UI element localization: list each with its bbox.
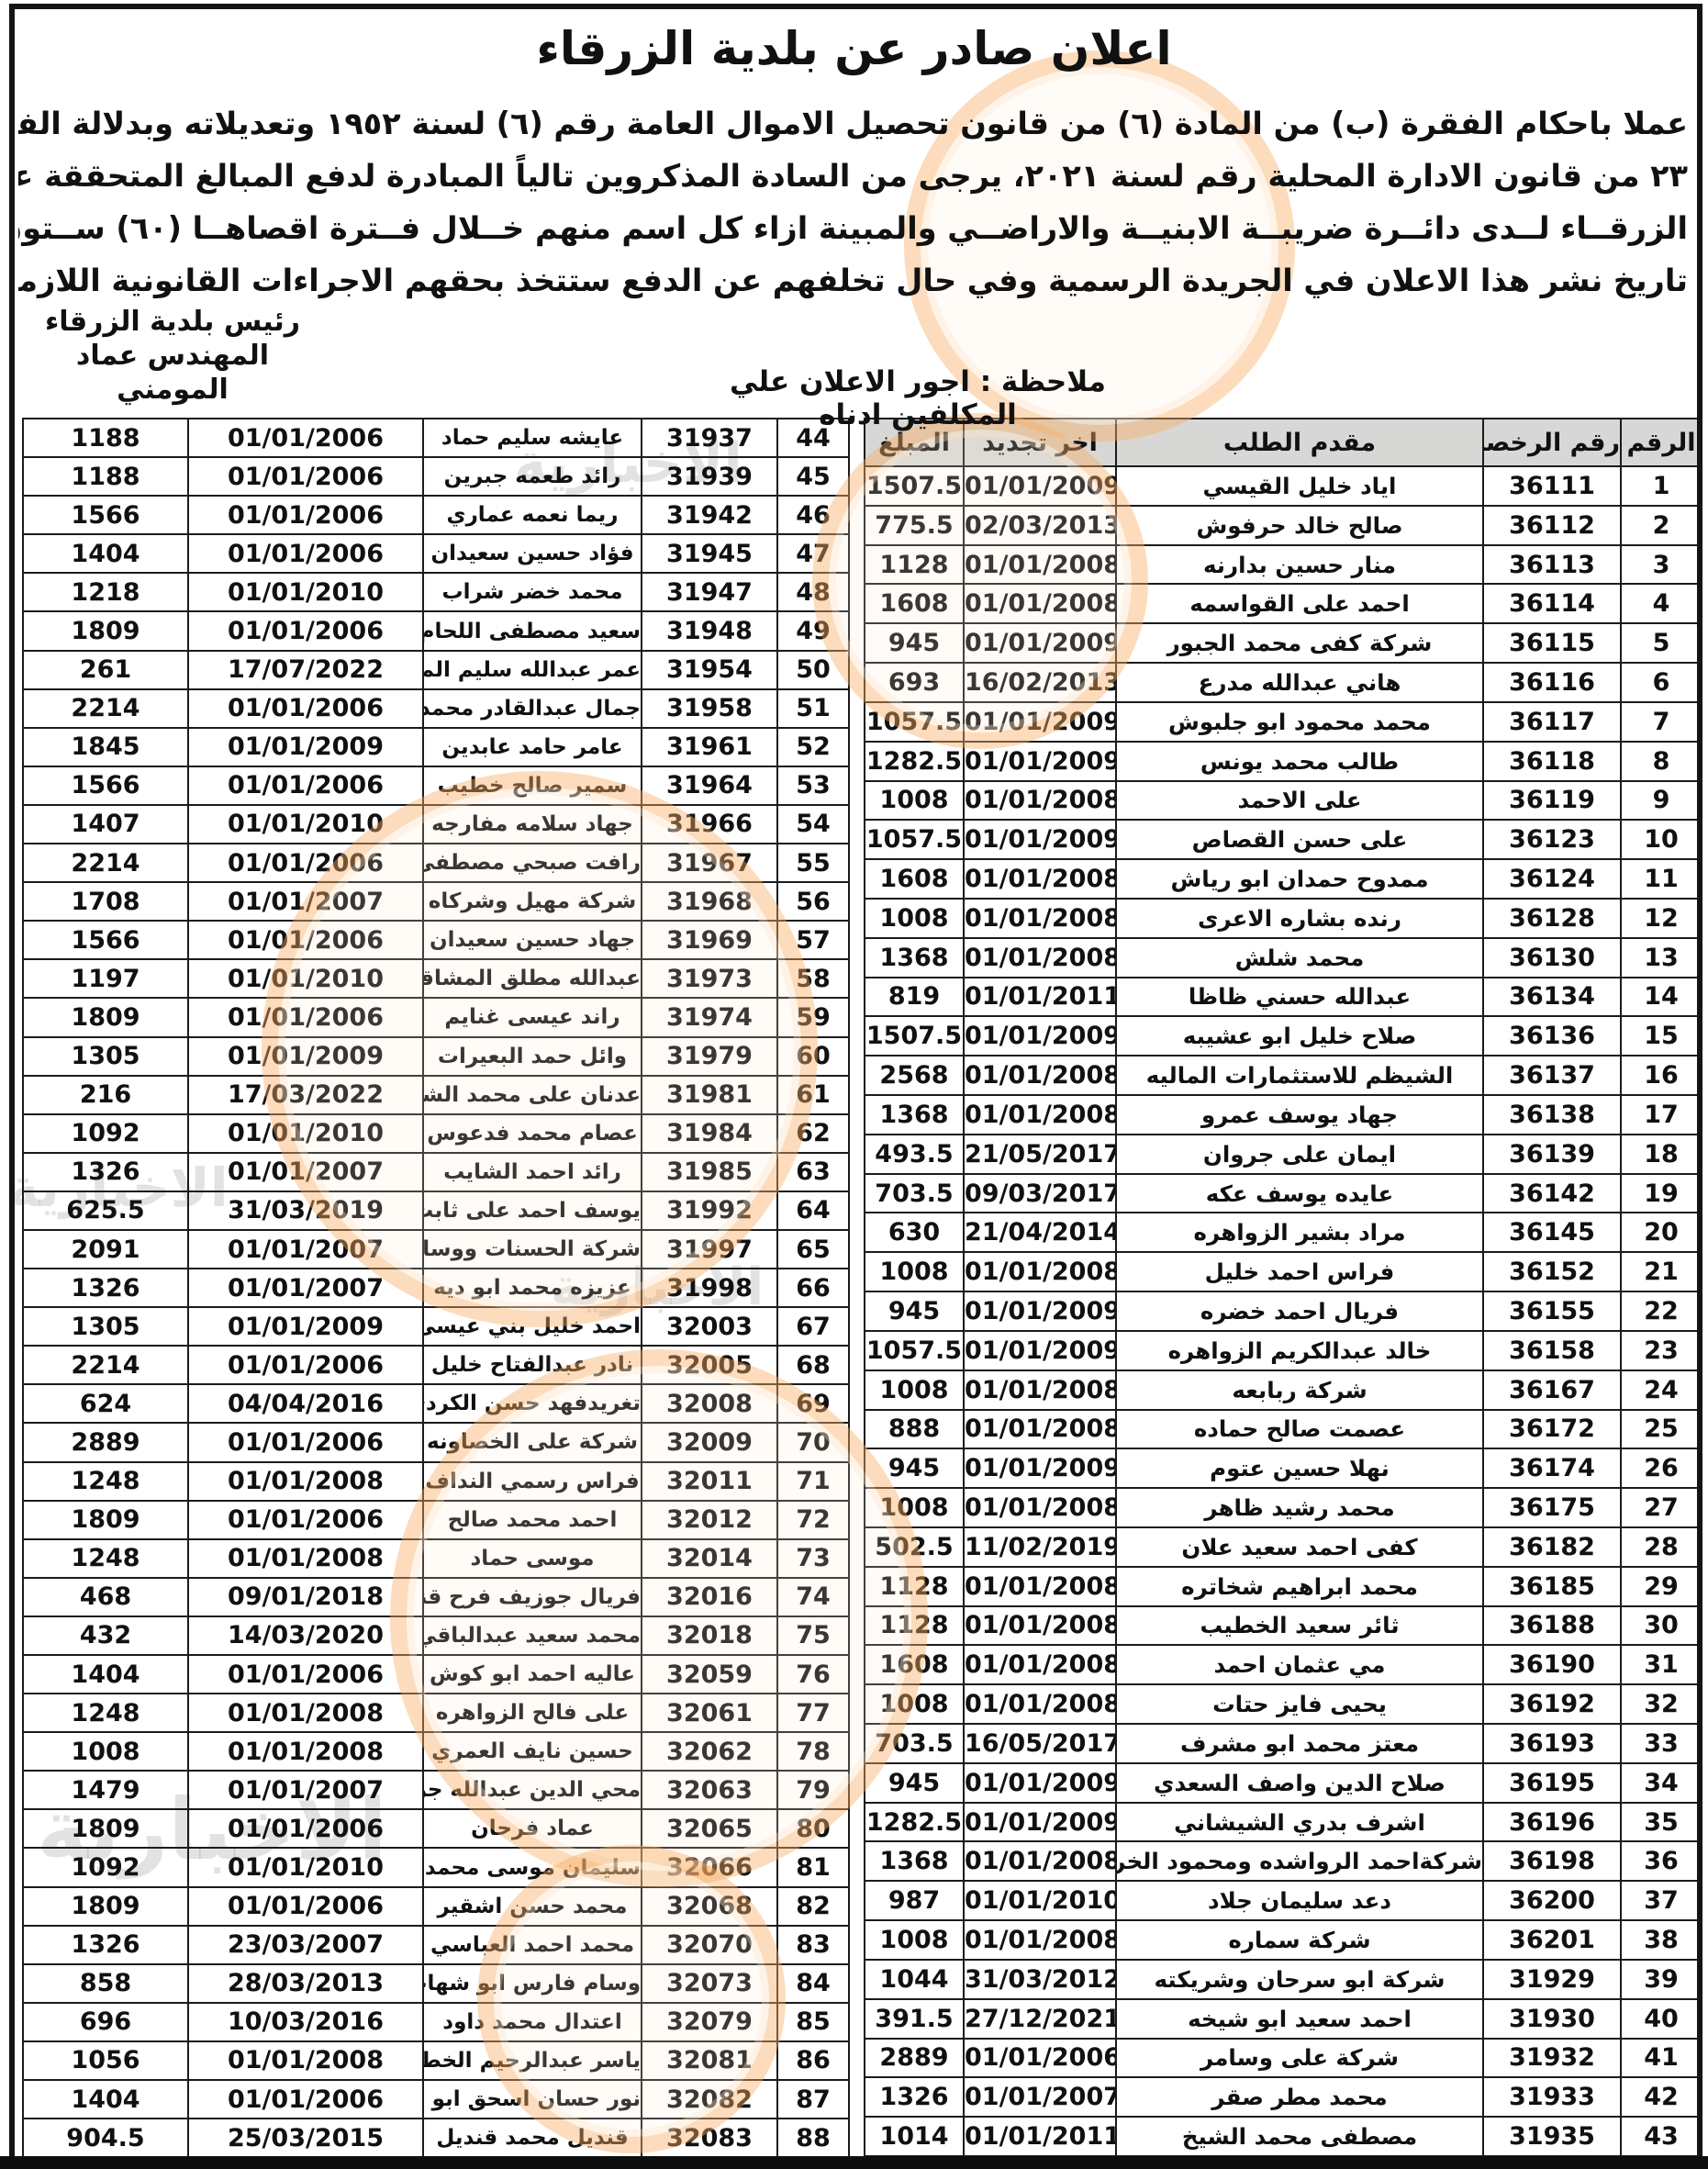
license-cell: 36172 — [1483, 1410, 1621, 1449]
renewal-cell: 01/01/2007 — [188, 1153, 423, 1191]
license-cell: 32073 — [642, 1964, 777, 2003]
num-cell: 77 — [777, 1694, 849, 1732]
num-cell: 54 — [777, 805, 849, 844]
license-cell: 32062 — [642, 1732, 777, 1771]
amount-cell: 630 — [865, 1213, 964, 1252]
num-cell: 66 — [777, 1269, 849, 1307]
license-cell: 31967 — [642, 844, 777, 882]
amount-cell: 1056 — [23, 2041, 188, 2080]
license-cell: 36201 — [1483, 1920, 1621, 1960]
table-row: 3136190مي عثمان احمد01/01/20081608 — [865, 1645, 1702, 1684]
license-cell: 36174 — [1483, 1448, 1621, 1488]
table-row: 4631942ريما نعمه عماري01/01/20061566 — [23, 496, 849, 534]
applicant-cell: محمد شلش — [1116, 938, 1483, 978]
amount-cell: 1809 — [23, 611, 188, 650]
applicant-cell: شركة ربابعه — [1116, 1370, 1483, 1410]
applicant-cell: شركة كفى محمد الجبور — [1116, 623, 1483, 663]
license-cell: 36117 — [1483, 702, 1621, 742]
table-row: 7732061على فالح الزواهره01/01/20081248 — [23, 1694, 849, 1732]
amount-cell: 1326 — [865, 2077, 964, 2117]
renewal-cell: 27/12/2021 — [964, 1999, 1116, 2039]
applicant-cell: عماد فرحان — [423, 1809, 642, 1848]
amount-cell: 493.5 — [865, 1135, 964, 1174]
renewal-cell: 01/01/2011 — [964, 2117, 1116, 2156]
table-row: 3436195صلاح الدين واصف السعدي01/01/20099… — [865, 1763, 1702, 1803]
renewal-cell: 04/04/2016 — [188, 1384, 423, 1423]
col-header-num: الرقم — [1621, 419, 1702, 466]
renewal-cell: 01/01/2006 — [188, 689, 423, 728]
num-cell: 72 — [777, 1501, 849, 1539]
amount-cell: 1282.5 — [865, 1803, 964, 1842]
renewal-cell: 01/01/2006 — [188, 496, 423, 534]
applicant-cell: ممدوح حمدان ابو رياش — [1116, 859, 1483, 899]
license-cell: 36118 — [1483, 742, 1621, 781]
applicant-cell: قنديل محمد قنديل — [423, 2119, 642, 2157]
license-cell: 32012 — [642, 1501, 777, 1539]
renewal-cell: 01/01/2008 — [964, 1606, 1116, 1646]
license-cell: 36137 — [1483, 1056, 1621, 1095]
applicant-cell: على فالح الزواهره — [423, 1694, 642, 1732]
amount-cell: 1092 — [23, 1114, 188, 1153]
amount-cell: 1008 — [865, 1370, 964, 1410]
applicant-cell: رنده بشاره الاعرى — [1116, 899, 1483, 938]
num-cell: 64 — [777, 1191, 849, 1230]
license-cell: 36158 — [1483, 1331, 1621, 1370]
amount-cell: 2889 — [23, 1423, 188, 1461]
num-cell: 2 — [1621, 506, 1702, 545]
renewal-cell: 01/01/2008 — [964, 899, 1116, 938]
license-cell: 32061 — [642, 1694, 777, 1732]
body-line-2: ٢٣ من قانون الادارة المحلية رقم لسنة ٢٠٢… — [18, 150, 1688, 202]
license-cell: 36124 — [1483, 859, 1621, 899]
table-row: 1736138جهاد يوسف عمرو01/01/20081368 — [865, 1095, 1702, 1135]
num-cell: 21 — [1621, 1252, 1702, 1291]
table-row: 5431966جهاد سلامه مفارجه01/01/20101407 — [23, 805, 849, 844]
license-cell: 36185 — [1483, 1567, 1621, 1606]
table-row: 7632059عاليه احمد ابو كوش01/01/20061404 — [23, 1655, 849, 1694]
applicant-cell: خالد عبدالكريم الزواهره — [1116, 1331, 1483, 1370]
table-row: 4331935مصطفى محمد الشيخ01/01/20111014 — [865, 2117, 1702, 2156]
num-cell: 35 — [1621, 1803, 1702, 1842]
amount-cell: 1044 — [865, 1960, 964, 1999]
renewal-cell: 02/03/2013 — [964, 506, 1116, 545]
num-cell: 76 — [777, 1655, 849, 1694]
table-row: 5031954عمر عبدالله سليم المراشده17/07/20… — [23, 651, 849, 689]
num-cell: 10 — [1621, 820, 1702, 859]
renewal-cell: 01/01/2008 — [964, 1684, 1116, 1724]
num-cell: 69 — [777, 1384, 849, 1423]
amount-cell: 1809 — [23, 1501, 188, 1539]
license-cell: 31979 — [642, 1037, 777, 1076]
num-cell: 8 — [1621, 742, 1702, 781]
renewal-cell: 01/01/2008 — [964, 1370, 1116, 1410]
renewal-cell: 01/01/2008 — [188, 2041, 423, 2080]
table-row: 1936142عايده يوسف عكه09/03/2017703.5 — [865, 1174, 1702, 1213]
table-row: 6331985رائد احمد الشايب01/01/20071326 — [23, 1153, 849, 1191]
num-cell: 50 — [777, 651, 849, 689]
license-cell: 36190 — [1483, 1645, 1621, 1684]
num-cell: 38 — [1621, 1920, 1702, 1960]
table-row: 636116هاني عبدالله مدرع16/02/2013693 — [865, 663, 1702, 702]
table-row: 2836182كفى احمد سعيد علان11/02/2019502.5 — [865, 1527, 1702, 1567]
table-row: 8132066سليمان موسى محمد رشيد01/01/201010… — [23, 1848, 849, 1886]
amount-cell: 2889 — [865, 2039, 964, 2078]
applicant-cell: عمر عبدالله سليم المراشده — [423, 651, 642, 689]
num-cell: 83 — [777, 1926, 849, 1964]
license-cell: 36115 — [1483, 623, 1621, 663]
table-row: 2336158خالد عبدالكريم الزواهره01/01/2009… — [865, 1331, 1702, 1370]
num-cell: 41 — [1621, 2039, 1702, 2078]
num-cell: 57 — [777, 921, 849, 959]
table-row: 5531967رافت صبحي مصطفى01/01/20062214 — [23, 844, 849, 882]
num-cell: 71 — [777, 1462, 849, 1501]
num-cell: 86 — [777, 2041, 849, 2080]
num-cell: 43 — [1621, 2117, 1702, 2156]
license-cell: 32009 — [642, 1423, 777, 1461]
renewal-cell: 25/03/2015 — [188, 2119, 423, 2157]
license-cell: 31981 — [642, 1076, 777, 1114]
renewal-cell: 01/01/2008 — [964, 1567, 1116, 1606]
amount-cell: 625.5 — [23, 1191, 188, 1230]
applicant-cell: احمد سعيد ابو شيخه — [1116, 1999, 1483, 2039]
amount-cell: 858 — [23, 1964, 188, 2003]
license-cell: 31961 — [642, 728, 777, 766]
table-row: 7332014موسى حماد01/01/20081248 — [23, 1539, 849, 1578]
renewal-cell: 01/01/2009 — [964, 623, 1116, 663]
renewal-cell: 01/01/2009 — [964, 1763, 1116, 1803]
amount-cell: 1305 — [23, 1037, 188, 1076]
renewal-cell: 01/01/2009 — [964, 1331, 1116, 1370]
applicant-cell: احمد على القواسمه — [1116, 584, 1483, 623]
license-cell: 32063 — [642, 1771, 777, 1809]
license-cell: 36152 — [1483, 1252, 1621, 1291]
applicant-cell: عصام محمد فدعوس — [423, 1114, 642, 1153]
applicant-cell: شركة على الخصاونه — [423, 1423, 642, 1461]
license-cell: 32065 — [642, 1809, 777, 1848]
table-row: 436114احمد على القواسمه01/01/20081608 — [865, 584, 1702, 623]
amount-cell: 1008 — [865, 1252, 964, 1291]
renewal-cell: 01/01/2006 — [188, 457, 423, 496]
renewal-cell: 01/01/2006 — [188, 419, 423, 457]
table-row: 4831947محمد خضر شراب01/01/20101218 — [23, 573, 849, 611]
renewal-cell: 01/01/2010 — [188, 573, 423, 611]
renewal-cell: 01/01/2006 — [188, 998, 423, 1036]
table-row: 7232012احمد محمد صالح01/01/20061809 — [23, 1501, 849, 1539]
amount-cell: 1708 — [23, 882, 188, 921]
license-cell: 31942 — [642, 496, 777, 534]
body-line-3: الزرقــاء لــدى دائــرة ضريبــة الابنيــ… — [18, 202, 1688, 254]
page-title: اعلان صادر عن بلدية الزرقاء — [0, 22, 1708, 75]
amount-cell: 432 — [23, 1616, 188, 1655]
table-row: 7932063محي الدين عبدالله جراد01/01/20071… — [23, 1771, 849, 1809]
applicant-cell: عدنان على محمد الشيشاني — [423, 1076, 642, 1114]
num-cell: 53 — [777, 766, 849, 805]
num-cell: 29 — [1621, 1567, 1702, 1606]
license-cell: 36130 — [1483, 938, 1621, 978]
license-cell: 31933 — [1483, 2077, 1621, 2117]
renewal-cell: 21/05/2017 — [964, 1135, 1116, 1174]
amount-cell: 1809 — [23, 998, 188, 1036]
table-row: 236112صالح خالد حرفوش02/03/2013775.5 — [865, 506, 1702, 545]
table-row: 4031930احمد سعيد ابو شيخه27/12/2021391.5 — [865, 1999, 1702, 2039]
table-row: 1436134عبدالله حسني ظاظا01/01/2011819 — [865, 978, 1702, 1017]
renewal-cell: 01/01/2006 — [188, 2080, 423, 2119]
applicant-cell: جهاد سلامه مفارجه — [423, 805, 642, 844]
amount-cell: 2214 — [23, 689, 188, 728]
amount-cell: 1128 — [865, 1606, 964, 1646]
table-row: 7032009شركة على الخصاونه01/01/20062889 — [23, 1423, 849, 1461]
license-cell: 36114 — [1483, 584, 1621, 623]
amount-cell: 1608 — [865, 1645, 964, 1684]
applicant-cell: شركة الحسنات ووسام — [423, 1230, 642, 1269]
amount-cell: 1326 — [23, 1926, 188, 1964]
applicant-cell: سليمان موسى محمد رشيد — [423, 1848, 642, 1886]
amount-cell: 1809 — [23, 1887, 188, 1926]
table-row: 2036145مراد بشير الزواهره21/04/2014630 — [865, 1213, 1702, 1252]
renewal-cell: 01/01/2008 — [964, 1920, 1116, 1960]
num-cell: 17 — [1621, 1095, 1702, 1135]
table-row: 5631968شركة مهيل وشركاه01/01/20071708 — [23, 882, 849, 921]
table-row: 7532018محمد سعيد عبدالباقي14/03/2020432 — [23, 1616, 849, 1655]
num-cell: 82 — [777, 1887, 849, 1926]
table-row: 536115شركة كفى محمد الجبور01/01/2009945 — [865, 623, 1702, 663]
num-cell: 19 — [1621, 1174, 1702, 1213]
table-row: 1636137الشيظم للاستثمارات الماليه01/01/2… — [865, 1056, 1702, 1095]
applicant-cell: صالح خالد حرفوش — [1116, 506, 1483, 545]
applicant-cell: صلاح الدين واصف السعدي — [1116, 1763, 1483, 1803]
amount-cell: 696 — [23, 2003, 188, 2041]
amount-cell: 945 — [865, 1448, 964, 1488]
applicant-cell: رائد احمد الشايب — [423, 1153, 642, 1191]
licenses-table-right: الرقم رقم الرخصه مقدم الطلب اخر تجديد ال… — [864, 418, 1702, 2157]
amount-cell: 502.5 — [865, 1527, 964, 1567]
table-row: 6631998عزيزه محمد ابو ديه01/01/20071326 — [23, 1269, 849, 1307]
renewal-cell: 01/01/2006 — [188, 844, 423, 882]
renewal-cell: 01/01/2009 — [964, 742, 1116, 781]
license-cell: 32079 — [642, 2003, 777, 2041]
table-row: 5231961عامر حامد عابدين01/01/20091845 — [23, 728, 849, 766]
num-cell: 80 — [777, 1809, 849, 1848]
amount-cell: 1197 — [23, 959, 188, 998]
amount-cell: 1248 — [23, 1694, 188, 1732]
applicant-cell: فريال احمد خضره — [1116, 1291, 1483, 1331]
num-cell: 65 — [777, 1230, 849, 1269]
renewal-cell: 14/03/2020 — [188, 1616, 423, 1655]
applicant-cell: شركة مهيل وشركاه — [423, 882, 642, 921]
table-row: 8032065عماد فرحان01/01/20061809 — [23, 1809, 849, 1848]
applicant-cell: فؤاد حسين سعيدان — [423, 534, 642, 573]
license-cell: 32003 — [642, 1307, 777, 1346]
license-cell: 32005 — [642, 1346, 777, 1384]
renewal-cell: 01/01/2010 — [188, 805, 423, 844]
col-header-applicant: مقدم الطلب — [1116, 419, 1483, 466]
applicant-cell: على الاحمد — [1116, 781, 1483, 821]
num-cell: 85 — [777, 2003, 849, 2041]
num-cell: 9 — [1621, 781, 1702, 821]
license-cell: 32066 — [642, 1848, 777, 1886]
amount-cell: 987 — [865, 1881, 964, 1920]
table-row: 2436167شركة ربابعه01/01/20081008 — [865, 1370, 1702, 1410]
num-cell: 22 — [1621, 1291, 1702, 1331]
amount-cell: 1809 — [23, 1809, 188, 1848]
applicant-cell: شركة سماره — [1116, 1920, 1483, 1960]
applicant-cell: وسام فارس ابو شهاب — [423, 1964, 642, 2003]
num-cell: 60 — [777, 1037, 849, 1076]
applicant-cell: محمد ابراهيم شخاتره — [1116, 1567, 1483, 1606]
body-line-1: عملا باحكام الفقرة (ب) من المادة (٦) من … — [18, 97, 1688, 150]
amount-cell: 1566 — [23, 921, 188, 959]
num-cell: 31 — [1621, 1645, 1702, 1684]
signature-block: رئيس بلدية الزرقاء المهندس عماد المومني — [29, 305, 316, 407]
num-cell: 48 — [777, 573, 849, 611]
num-cell: 62 — [777, 1114, 849, 1153]
license-cell: 36116 — [1483, 663, 1621, 702]
renewal-cell: 01/01/2008 — [964, 781, 1116, 821]
num-cell: 45 — [777, 457, 849, 496]
num-cell: 33 — [1621, 1724, 1702, 1763]
applicant-cell: اعتدال محمد داود — [423, 2003, 642, 2041]
applicant-cell: الشيظم للاستثمارات الماليه — [1116, 1056, 1483, 1095]
table-row: 5731969جهاد حسين سعيدان01/01/20061566 — [23, 921, 849, 959]
applicant-cell: محمد خضر شراب — [423, 573, 642, 611]
applicant-cell: هاني عبدالله مدرع — [1116, 663, 1483, 702]
amount-cell: 391.5 — [865, 1999, 964, 2039]
renewal-cell: 01/01/2008 — [188, 1539, 423, 1578]
license-cell: 31997 — [642, 1230, 777, 1269]
num-cell: 84 — [777, 1964, 849, 2003]
table-row: 8332070محمد احمد العباسي23/03/20071326 — [23, 1926, 849, 1964]
table-row: 1336130محمد شلش01/01/20081368 — [865, 938, 1702, 978]
table-row: 5131958جمال عبدالقادر محمد01/01/20062214 — [23, 689, 849, 728]
applicant-cell: ايمان على جروان — [1116, 1135, 1483, 1174]
renewal-cell: 01/01/2007 — [964, 2077, 1116, 2117]
renewal-cell: 01/01/2009 — [964, 1291, 1116, 1331]
license-cell: 31948 — [642, 611, 777, 650]
license-cell: 31992 — [642, 1191, 777, 1230]
amount-cell: 703.5 — [865, 1174, 964, 1213]
license-cell: 31932 — [1483, 2039, 1621, 2078]
renewal-cell: 01/01/2010 — [964, 1881, 1116, 1920]
amount-cell: 904.5 — [23, 2119, 188, 2157]
amount-cell: 1608 — [865, 859, 964, 899]
renewal-cell: 01/01/2008 — [964, 859, 1116, 899]
num-cell: 15 — [1621, 1016, 1702, 1056]
amount-cell: 1407 — [23, 805, 188, 844]
num-cell: 30 — [1621, 1606, 1702, 1646]
license-cell: 36123 — [1483, 820, 1621, 859]
num-cell: 23 — [1621, 1331, 1702, 1370]
license-cell: 31998 — [642, 1269, 777, 1307]
table-row: 6832005نادر عبدالفتاح خليل01/01/20062214 — [23, 1346, 849, 1384]
license-cell: 31929 — [1483, 1960, 1621, 1999]
license-cell: 32014 — [642, 1539, 777, 1578]
bottom-border — [0, 2156, 1708, 2169]
amount-cell: 1479 — [23, 1771, 188, 1809]
amount-cell: 1845 — [23, 728, 188, 766]
renewal-cell: 01/01/2009 — [964, 820, 1116, 859]
applicant-cell: حسين نايف العمري — [423, 1732, 642, 1771]
applicant-cell: ريما نعمه عماري — [423, 496, 642, 534]
amount-cell: 1008 — [23, 1732, 188, 1771]
license-cell: 36111 — [1483, 466, 1621, 506]
renewal-cell: 01/01/2006 — [188, 921, 423, 959]
renewal-cell: 01/01/2008 — [964, 1095, 1116, 1135]
amount-cell: 1057.5 — [865, 820, 964, 859]
table-row: 936119على الاحمد01/01/20081008 — [865, 781, 1702, 821]
renewal-cell: 17/07/2022 — [188, 651, 423, 689]
renewal-cell: 01/01/2008 — [188, 1462, 423, 1501]
amount-cell: 1368 — [865, 1841, 964, 1881]
table-row: 3036188ثائر سعيد الخطيب01/01/20081128 — [865, 1606, 1702, 1646]
renewal-cell: 01/01/2009 — [964, 1803, 1116, 1842]
table-row: 7432016فريال جوزيف فرح قندح09/01/2018468 — [23, 1578, 849, 1616]
num-cell: 3 — [1621, 545, 1702, 585]
amount-cell: 2214 — [23, 844, 188, 882]
license-cell: 36167 — [1483, 1370, 1621, 1410]
applicant-cell: اشرف بدري الشيشاني — [1116, 1803, 1483, 1842]
num-cell: 49 — [777, 611, 849, 650]
num-cell: 42 — [1621, 2077, 1702, 2117]
num-cell: 25 — [1621, 1410, 1702, 1449]
num-cell: 79 — [777, 1771, 849, 1809]
license-cell: 36175 — [1483, 1488, 1621, 1527]
table-row: 4231933محمد مطر صقر01/01/20071326 — [865, 2077, 1702, 2117]
amount-cell: 468 — [23, 1578, 188, 1616]
renewal-cell: 01/01/2009 — [964, 1016, 1116, 1056]
renewal-cell: 01/01/2006 — [188, 1887, 423, 1926]
table-row: 5931974راند عيسى غنايم01/01/20061809 — [23, 998, 849, 1036]
renewal-cell: 01/01/2006 — [188, 534, 423, 573]
table-row: 2236155فريال احمد خضره01/01/2009945 — [865, 1291, 1702, 1331]
table-row: 4131932شركة على وسامر01/01/20062889 — [865, 2039, 1702, 2078]
amount-cell: 1608 — [865, 584, 964, 623]
table-row: 1136124ممدوح حمدان ابو رياش01/01/2008160… — [865, 859, 1702, 899]
table-row: 6732003احمد خليل بني عيسى01/01/20091305 — [23, 1307, 849, 1346]
applicant-cell: رائد طعمه جبرين — [423, 457, 642, 496]
num-cell: 68 — [777, 1346, 849, 1384]
renewal-cell: 01/01/2008 — [964, 584, 1116, 623]
amount-cell: 775.5 — [865, 506, 964, 545]
license-cell: 32068 — [642, 1887, 777, 1926]
applicant-cell: موسى حماد — [423, 1539, 642, 1578]
applicant-cell: محي الدين عبدالله جراد — [423, 1771, 642, 1809]
applicant-cell: تغريدفهد حسن الكردي — [423, 1384, 642, 1423]
renewal-cell: 01/01/2006 — [188, 1423, 423, 1461]
renewal-cell: 31/03/2019 — [188, 1191, 423, 1230]
applicant-cell: محمد مطر صقر — [1116, 2077, 1483, 2117]
amount-cell: 888 — [865, 1410, 964, 1449]
amount-cell: 2214 — [23, 1346, 188, 1384]
table-row: 3336193معتز محمد ابو مشرف16/05/2017703.5 — [865, 1724, 1702, 1763]
amount-cell: 1248 — [23, 1539, 188, 1578]
num-cell: 12 — [1621, 899, 1702, 938]
table-row: 8232068محمد حسن اشقير01/01/20061809 — [23, 1887, 849, 1926]
renewal-cell: 01/01/2010 — [188, 1848, 423, 1886]
applicant-cell: محمد حسن اشقير — [423, 1887, 642, 1926]
num-cell: 5 — [1621, 623, 1702, 663]
applicant-cell: نهلا حسين عتوم — [1116, 1448, 1483, 1488]
announcement-body: عملا باحكام الفقرة (ب) من المادة (٦) من … — [18, 97, 1688, 307]
num-cell: 1 — [1621, 466, 1702, 506]
table-row: 6031979وائل حمد البعيرات01/01/20091305 — [23, 1037, 849, 1076]
license-cell: 31969 — [642, 921, 777, 959]
amount-cell: 1248 — [23, 1462, 188, 1501]
num-cell: 6 — [1621, 663, 1702, 702]
applicant-cell: اياد خليل القيسي — [1116, 466, 1483, 506]
applicant-cell: محمد سعيد عبدالباقي — [423, 1616, 642, 1655]
license-cell: 32008 — [642, 1384, 777, 1423]
renewal-cell: 01/01/2008 — [964, 1410, 1116, 1449]
